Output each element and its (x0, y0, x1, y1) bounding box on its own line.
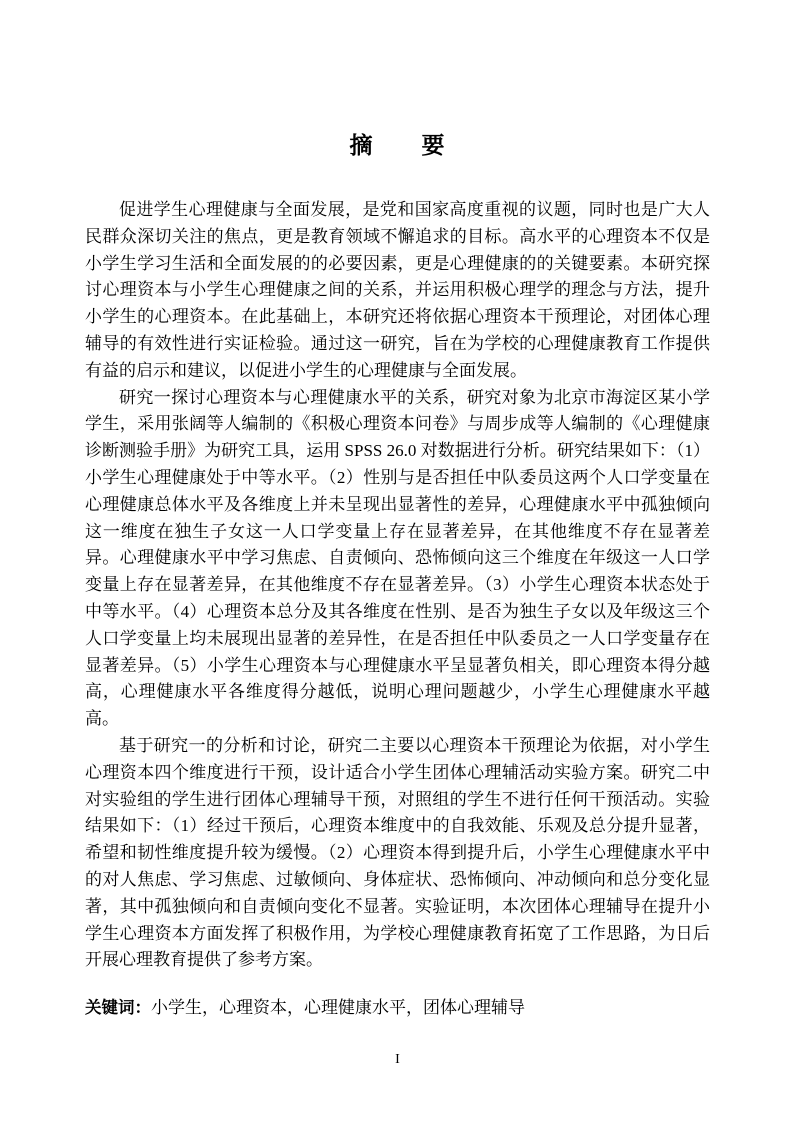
keywords-text: 小学生，心理资本，心理健康水平，团体心理辅导 (151, 998, 525, 1017)
keywords-label: 关键词： (85, 999, 151, 1017)
abstract-paragraph-1: 促进学生心理健康与全面发展，是党和国家高度重视的议题，同时也是广大人民群众深切关… (85, 197, 710, 385)
abstract-content: 摘 要 促进学生心理健康与全面发展，是党和国家高度重视的议题，同时也是广大人民群… (85, 0, 710, 1022)
abstract-paragraph-3: 基于研究一的分析和讨论，研究二主要以心理资本干预理论为依据，对小学生心理资本四个… (85, 733, 710, 974)
document-page: 摘 要 促进学生心理健康与全面发展，是党和国家高度重视的议题，同时也是广大人民群… (0, 0, 793, 1122)
abstract-body: 促进学生心理健康与全面发展，是党和国家高度重视的议题，同时也是广大人民群众深切关… (85, 197, 710, 974)
abstract-paragraph-2: 研究一探讨心理资本与心理健康水平的关系，研究对象为北京市海淀区某小学学生，采用张… (85, 385, 710, 733)
page-title: 摘 要 (85, 0, 710, 161)
page-number: I (85, 1052, 710, 1068)
keywords-line: 关键词：小学生，心理资本，心理健康水平，团体心理辅导 (85, 995, 710, 1022)
